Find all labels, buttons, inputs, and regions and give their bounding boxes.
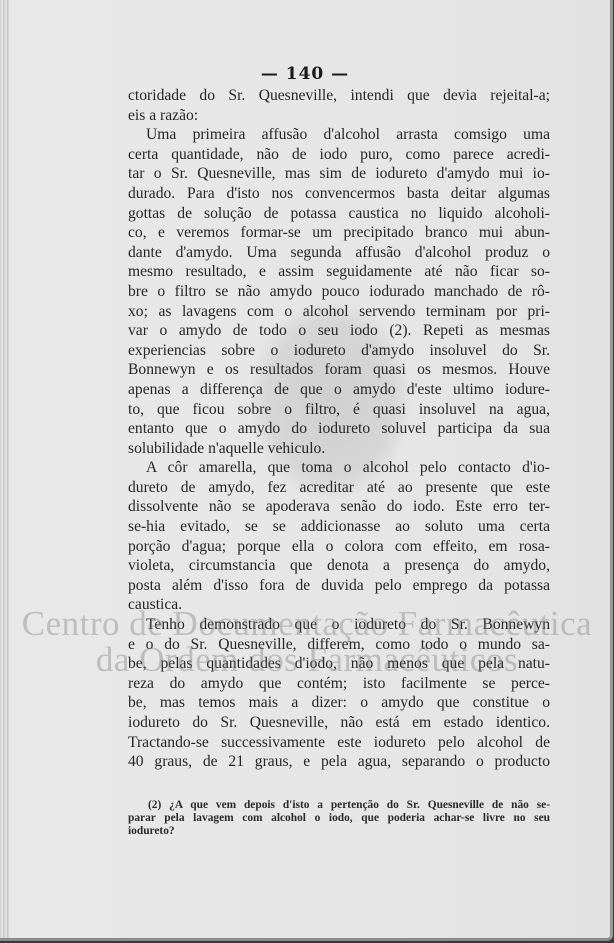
text-line: xo; as lavagens com o alcohol servendo t… [128, 302, 550, 322]
text-line: solubilidade n'aquelle vehiculo. [128, 439, 550, 459]
text-line: mesmo resultado, e assim seguidamente at… [128, 262, 550, 282]
text-line: durado. Para d'isto nos convencermos bas… [128, 184, 550, 204]
text-line: gottas de solução de potassa caustica no… [128, 204, 550, 224]
text-line: dissolvente não se apoderava senão do io… [128, 497, 550, 517]
text-line: bre o filtro se não amydo pouco iodurado… [128, 282, 550, 302]
footnote-line: parar pela lavagem com alcohol o iodo, q… [128, 812, 550, 825]
text-line: be, mas temos mais a dizer: o amydo que … [128, 693, 550, 713]
footnote-line: (2) ¿A que vem depois d'isto a pertenção… [128, 799, 550, 812]
text-line: eis a razão: [128, 106, 550, 126]
text-line: se-hia evitado, se se addicionasse ao so… [128, 517, 550, 537]
text-line: dureto de amydo, fez acreditar até ao pr… [128, 478, 550, 498]
footnote-line: iodureto? [128, 825, 550, 838]
text-line: porção d'agua; porque ella o colora com … [128, 537, 550, 557]
page-number: — 140 — [0, 64, 610, 84]
text-line: Uma primeira affusão d'alcohol arrasta c… [128, 125, 550, 145]
text-line: Tenho demonstrado que o iodureto do Sr. … [128, 615, 550, 635]
text-line: tar o Sr. Quesneville, mas sim de iodure… [128, 164, 550, 184]
text-line: Tractando-se successivamente este iodure… [128, 733, 550, 753]
text-line: apenas a differença de que o amydo d'est… [128, 380, 550, 400]
footnote: (2) ¿A que vem depois d'isto a pertenção… [128, 799, 550, 838]
text-line: iodureto do Sr. Quesneville, não está em… [128, 713, 550, 733]
text-line: caustica. [128, 595, 550, 615]
text-line: var o amydo de todo o seu iodo (2). Repe… [128, 321, 550, 341]
text-line: experiencias sobre o iodureto d'amydo in… [128, 341, 550, 361]
text-line: Bonnewyn e os resultados foram quasi os … [128, 360, 550, 380]
text-line: entanto que o amydo do iodureto soluvel … [128, 419, 550, 439]
text-line: violeta, circumstancia que denota a pres… [128, 556, 550, 576]
text-line: reza do amydo que contém; isto facilment… [128, 674, 550, 694]
text-line: posta além d'isso fora de duvida pelo em… [128, 576, 550, 596]
text-line: ctoridade do Sr. Quesneville, intendi qu… [128, 86, 550, 106]
body-text: ctoridade do Sr. Quesneville, intendi qu… [128, 86, 550, 772]
text-line: co, e veremos formar-se um precipitado b… [128, 223, 550, 243]
text-line: A côr amarella, que toma o alcohol pelo … [128, 458, 550, 478]
text-line: dante d'amydo. Uma segunda affusão d'alc… [128, 243, 550, 263]
text-line: certa quantidade, não de iodo puro, como… [128, 145, 550, 165]
text-line: 40 graus, de 21 graus, e pela agua, sepa… [128, 752, 550, 772]
page-edge-binding [0, 0, 10, 938]
document-page: — 140 — ctoridade do Sr. Quesneville, in… [0, 0, 613, 941]
text-line: be, pelas quantidades d'iodo, não menos … [128, 654, 550, 674]
text-line: to, que ficou sobre o filtro, é quasi in… [128, 400, 550, 420]
text-line: e o do Sr. Quesneville, differem, como t… [128, 635, 550, 655]
